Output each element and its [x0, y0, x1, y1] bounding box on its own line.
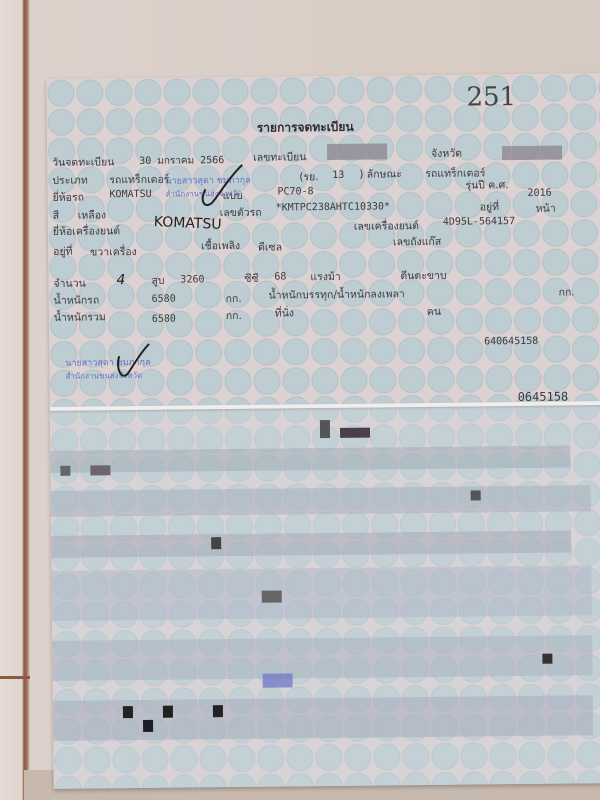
registration-document: 251 รายการจดทะเบียน วันจดทะเบียน 30 มกรา…	[46, 73, 600, 789]
brand-label: ยี่ห้อรถ	[52, 189, 84, 206]
seats-label: ที่นั่ง	[275, 304, 294, 321]
model-year-label: รุ่นปี ค.ศ.	[465, 176, 508, 193]
cc-label: ซีซี	[244, 270, 258, 287]
checkmark-icon	[197, 159, 248, 210]
kg-label-3: กก.	[226, 307, 242, 324]
brand-value: KOMATSU	[109, 189, 151, 200]
total-weight-label: น้ำหนักรวม	[54, 308, 106, 326]
total-weight-value: 6580	[152, 314, 176, 325]
document-title: รายการจดทะเบียน	[257, 118, 354, 138]
redacted-lower-section	[50, 405, 600, 789]
chassis-value: *KMTPC238AHTC10330*	[276, 201, 390, 213]
cc-value: 3260	[180, 274, 204, 285]
count-value: 4	[116, 272, 125, 288]
type-label: ประเภท	[52, 172, 88, 189]
drive-value: ตีนตะขาบ	[400, 267, 446, 284]
redacted-reg-no	[327, 143, 387, 160]
color-label: สี	[53, 207, 60, 224]
type-value: รถแทร็กเตอร์	[109, 171, 169, 189]
engine-no-value: 4D95L-564157	[443, 216, 515, 228]
reg-date-label: วันจดทะเบียน	[52, 153, 114, 171]
bottom-serial: 0645158	[518, 390, 569, 405]
model-year-value: 2016	[527, 188, 551, 199]
engine-brand-label: ยี่ห้อเครื่องยนต์	[53, 222, 120, 240]
weight-label: น้ำหนักรถ	[54, 291, 100, 308]
kg-label-1: กก.	[226, 290, 242, 307]
checkmark-icon	[113, 340, 153, 382]
hp-label: แรงม้า	[310, 268, 341, 285]
fuel-label: เชื้อเพลิง	[201, 237, 240, 254]
load-label: น้ำหนักบรรทุก/น้ำหนักลงเพลา	[268, 285, 404, 303]
kg-label-2: กก.	[558, 283, 574, 300]
redacted-province	[502, 146, 562, 161]
weight-value: 6580	[152, 294, 176, 305]
fuel-value: ดีเซล	[258, 238, 282, 255]
engine-no-label: เลขเครื่องยนต์	[354, 217, 419, 235]
reg-no-label: เลขทะเบียน	[253, 148, 307, 166]
model-value: PC70-8	[277, 186, 313, 197]
ry-value: 13	[332, 170, 344, 181]
at-label: อยู่ที่	[53, 243, 73, 260]
gas-tank-label: เลขถังแก๊ส	[393, 233, 441, 251]
serial-value: 640645158	[484, 336, 538, 348]
handwritten-number: 251	[466, 82, 516, 113]
located-value: หน้า	[536, 200, 556, 217]
tile-grout	[0, 676, 30, 679]
at-value: ขวาเครื่อง	[90, 243, 137, 260]
cylinder-label: สูบ	[151, 272, 164, 289]
located-label: อยู่ที่	[480, 198, 500, 215]
color-value: เหลือง	[78, 206, 107, 223]
character-label: ) ลักษณะ	[359, 165, 402, 182]
persons-label: คน	[427, 303, 441, 320]
count-label: จำนวน	[53, 275, 85, 292]
ry-label: (รย.	[299, 168, 318, 185]
hp-value: 68	[274, 271, 286, 282]
province-label: จังหวัด	[431, 145, 462, 162]
engine-brand-handwritten: KOMATSU	[154, 214, 222, 233]
